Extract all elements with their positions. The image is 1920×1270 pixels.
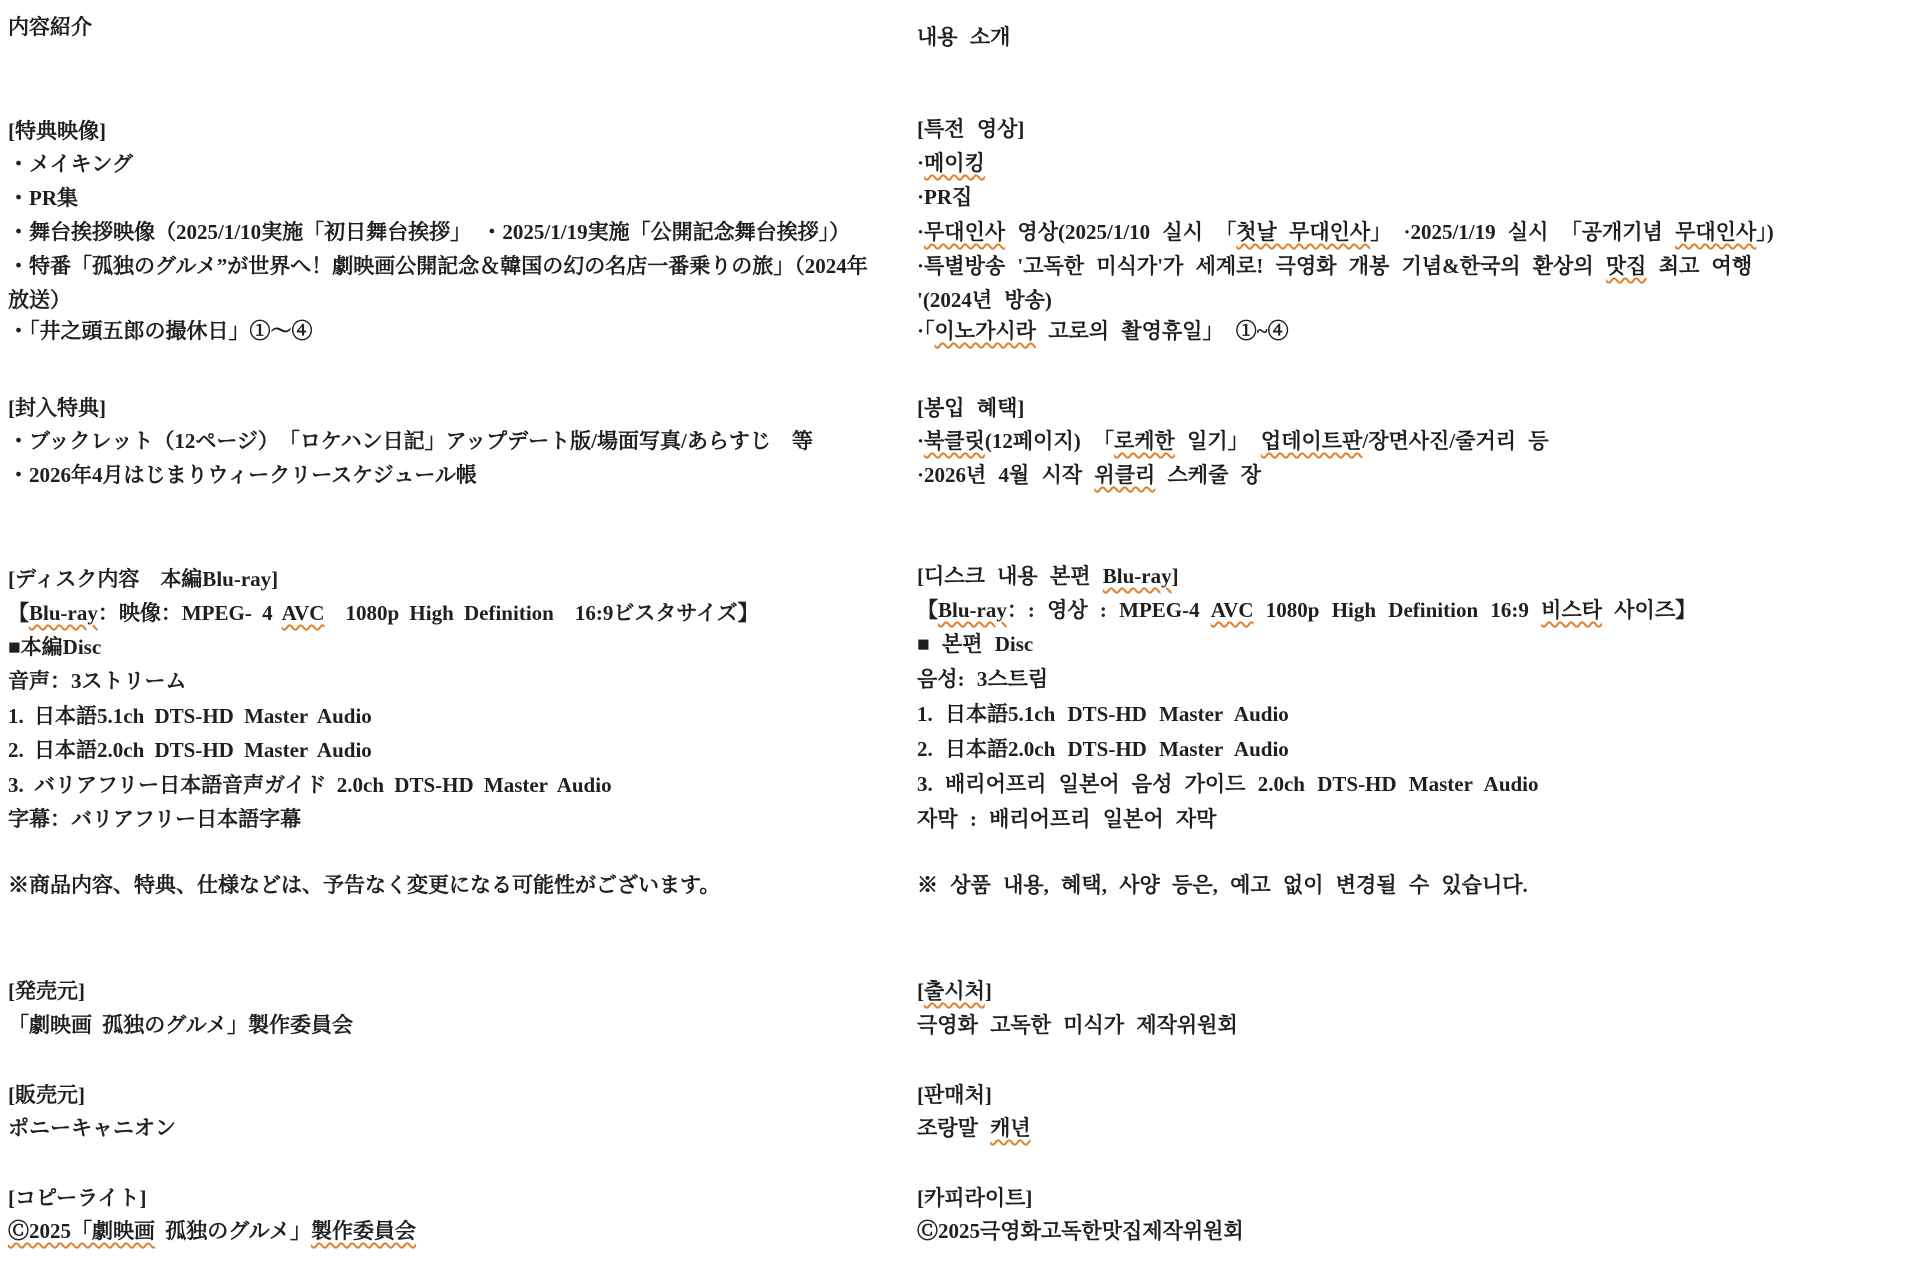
distributor-name-ko: 조랑말 캐년 bbox=[917, 1115, 1031, 1141]
spellcheck-flagged-text: 업데이트판 bbox=[1261, 429, 1362, 453]
text-segment: ] bbox=[985, 979, 992, 1003]
disclaimer-ko: ※ 상품 내용, 혜택, 사양 등은, 예고 없이 변경될 수 있습니다. bbox=[917, 872, 1528, 898]
text-segment: [発売元] bbox=[8, 979, 85, 1003]
text-segment: 【 bbox=[917, 598, 938, 622]
section-header-distributor-ja: [販売元] bbox=[8, 1082, 85, 1108]
spellcheck-flagged-text: 북클릿 bbox=[924, 429, 985, 453]
spellcheck-flagged-text: Blu-ray bbox=[1103, 564, 1172, 588]
section-header-enclosure-ja: [封入特典] bbox=[8, 395, 106, 421]
text-segment: 1080p High Definition 16:9ビスタサイズ】 bbox=[324, 601, 758, 625]
text-segment: · bbox=[917, 151, 924, 175]
bonus-item-stage-greeting-ja: ・舞台挨拶映像（2025/1/10実施「初日舞台挨拶」 ・2025/1/19実施… bbox=[8, 219, 850, 245]
bonus-item-special-program-ja-wrap: 放送） bbox=[8, 287, 71, 313]
text-segment: ・メイキング bbox=[8, 152, 133, 176]
text-segment: ・ブックレット（12ページ） 「ロケハン日記」アップデート版/場面写真/あらすじ… bbox=[8, 429, 813, 453]
text-segment: [디스크 내용 본편 bbox=[917, 564, 1103, 588]
text-segment: 음성: 3스트림 bbox=[917, 667, 1048, 691]
text-segment: ：: 영상 : MPEG-4 bbox=[1007, 598, 1211, 622]
text-segment: 내용 소개 bbox=[917, 25, 1010, 49]
bonus-item-goro-dayoff-ja: ・「井之頭五郎の撮休日」①～④ bbox=[8, 318, 313, 344]
spellcheck-flagged-text: 첫날 무대인사 bbox=[1236, 220, 1370, 244]
text-segment: ·2026년 4월 시작 bbox=[917, 463, 1094, 487]
column-korean: 내용 소개[특전 영상]·메이킹·PR집·무대인사 영상(2025/1/10 실… bbox=[917, 0, 1912, 1270]
text-segment: [販売元] bbox=[8, 1083, 85, 1107]
section-header-publisher-ja: [発売元] bbox=[8, 978, 85, 1004]
bonus-item-goro-dayoff-ko: ·「이노가시라 고로의 촬영휴일」 ①~④ bbox=[917, 318, 1289, 344]
spellcheck-flagged-text: 출시처 bbox=[924, 979, 985, 1003]
spellcheck-flagged-text: 위클리 bbox=[1094, 463, 1155, 487]
section-header-disc-ja: [ディスク内容 本編Blu-ray] bbox=[8, 566, 278, 592]
text-segment: 孤独のグルメ」 bbox=[155, 1219, 311, 1243]
spellcheck-flagged-text: 製作委員会 bbox=[311, 1219, 416, 1243]
text-segment: 2. 日本語2.0ch DTS-HD Master Audio bbox=[8, 738, 372, 762]
text-segment: ※ 상품 내용, 혜택, 사양 등은, 예고 없이 변경될 수 있습니다. bbox=[917, 873, 1528, 897]
document-page: 内容紹介[特典映像]・メイキング・PR集・舞台挨拶映像（2025/1/10実施「… bbox=[0, 0, 1920, 1270]
audio-track-3-ja: 3. バリアフリー日本語音声ガイド 2.0ch DTS-HD Master Au… bbox=[8, 772, 612, 798]
publisher-name-ja: 「劇映画 孤独のグルメ」製作委員会 bbox=[8, 1012, 353, 1038]
enclosure-item-booklet-ja: ・ブックレット（12ページ） 「ロケハン日記」アップデート版/場面写真/あらすじ… bbox=[8, 428, 813, 454]
text-segment: ・PR集 bbox=[8, 186, 78, 210]
bonus-item-special-program-ko: ·특별방송 '고독한 미식가'가 세계로! 극영화 개봉 기념&한국의 환상의 … bbox=[917, 253, 1752, 279]
text-segment: 1080p High Definition 16:9 bbox=[1254, 598, 1542, 622]
text-segment: 스케줄 장 bbox=[1155, 463, 1261, 487]
section-header-bonus-video-ja: [特典映像] bbox=[8, 118, 106, 144]
text-segment: [카피라이트] bbox=[917, 1186, 1032, 1210]
section-header-copyright-ja: [コピーライト] bbox=[8, 1185, 147, 1211]
bonus-item-special-program-ja: ・特番「孤独のグルメ”が世界へ！劇映画公開記念＆韓国の幻の名店一番乗りの旅」（2… bbox=[8, 253, 868, 279]
section-header-bonus-video-ko: [특전 영상] bbox=[917, 116, 1024, 142]
text-segment: ポニーキャニオン bbox=[8, 1116, 176, 1140]
disc-main-ja: ■本編Disc bbox=[8, 634, 101, 660]
enclosure-item-schedule-ko: ·2026년 4월 시작 위클리 스케줄 장 bbox=[917, 462, 1261, 488]
text-segment: ：映像：MPEG- 4 bbox=[98, 601, 282, 625]
section-header-distributor-ko: [판매처] bbox=[917, 1082, 992, 1108]
text-segment: ■ 본편 Disc bbox=[917, 632, 1033, 656]
text-segment: 内容紹介 bbox=[8, 15, 92, 39]
section-header-copyright-ko: [카피라이트] bbox=[917, 1185, 1032, 1211]
spellcheck-flagged-text: Blu-ray bbox=[29, 601, 98, 625]
text-segment: [봉입 혜택] bbox=[917, 396, 1024, 420]
section-header-enclosure-ko: [봉입 혜택] bbox=[917, 395, 1024, 421]
text-segment: ·특별방송 '고독한 미식가'가 세계로! 극영화 개봉 기념&한국의 환상의 bbox=[917, 254, 1606, 278]
disc-spec-ko: 【Blu-ray：: 영상 : MPEG-4 AVC 1080p High De… bbox=[917, 597, 1696, 623]
distributor-name-ja: ポニーキャニオン bbox=[8, 1115, 176, 1141]
disc-spec-ja: 【Blu-ray：映像：MPEG- 4 AVC 1080p High Defin… bbox=[8, 600, 759, 626]
text-segment: ■本編Disc bbox=[8, 635, 101, 659]
text-segment: 音声：3ストリーム bbox=[8, 669, 187, 693]
spellcheck-flagged-text: 무대인사 bbox=[924, 220, 1005, 244]
audio-track-1-ja: 1. 日本語5.1ch DTS-HD Master Audio bbox=[8, 703, 372, 729]
disc-main-ko: ■ 본편 Disc bbox=[917, 631, 1033, 657]
page-title-ko: 내용 소개 bbox=[917, 24, 1010, 50]
spellcheck-flagged-text: AVC bbox=[1211, 598, 1254, 622]
spellcheck-flagged-text: Blu-ray bbox=[938, 598, 1007, 622]
bonus-item-pr-ja: ・PR集 bbox=[8, 185, 78, 211]
text-segment: 1. 日本語5.1ch DTS-HD Master Audio bbox=[8, 704, 372, 728]
spellcheck-flagged-text: Ⓒ2025「劇映画 bbox=[8, 1219, 155, 1243]
audio-track-3-ko: 3. 배리어프리 일본어 음성 가이드 2.0ch DTS-HD Master … bbox=[917, 771, 1539, 797]
audio-track-1-ko: 1. 日本語5.1ch DTS-HD Master Audio bbox=[917, 701, 1289, 727]
text-segment: ·PR집 bbox=[917, 185, 972, 209]
text-segment: 최고 여행 bbox=[1646, 254, 1752, 278]
text-segment: Ⓒ2025극영화고독한맛집제작위원회 bbox=[917, 1219, 1244, 1243]
text-segment: 字幕：バリアフリー日本語字幕 bbox=[8, 807, 301, 831]
text-segment: /장면사진/줄거리 등 bbox=[1362, 429, 1548, 453]
text-segment: ・舞台挨拶映像（2025/1/10実施「初日舞台挨拶」 ・2025/1/19実施… bbox=[8, 220, 850, 244]
spellcheck-flagged-text: 캐년 bbox=[990, 1116, 1031, 1140]
spellcheck-flagged-text: 맛집 bbox=[1606, 254, 1647, 278]
spellcheck-flagged-text: AVC bbox=[282, 601, 325, 625]
text-segment: 3. 배리어프리 일본어 음성 가이드 2.0ch DTS-HD Master … bbox=[917, 772, 1539, 796]
bonus-item-making-ko: ·메이킹 bbox=[917, 150, 985, 176]
subtitles-ja: 字幕：バリアフリー日本語字幕 bbox=[8, 806, 301, 832]
text-segment: ・2026年4月はじまりウィークリースケジュール帳 bbox=[8, 463, 477, 487]
text-segment: [コピーライト] bbox=[8, 1186, 147, 1210]
section-header-publisher-ko: [출시처] bbox=[917, 978, 992, 1004]
spellcheck-flagged-text: 이노가시라 bbox=[935, 319, 1036, 343]
text-segment: · bbox=[917, 220, 924, 244]
text-segment: ・「井之頭五郎の撮休日」①～④ bbox=[8, 319, 313, 343]
text-segment: ・特番「孤独のグルメ”が世界へ！劇映画公開記念＆韓国の幻の名店一番乗りの旅」（2… bbox=[8, 254, 868, 278]
text-segment: 放送） bbox=[8, 288, 71, 312]
spellcheck-flagged-text: 메이킹 bbox=[924, 151, 985, 175]
text-segment: 영상(2025/1/10 실시 「 bbox=[1005, 220, 1236, 244]
bonus-item-pr-ko: ·PR집 bbox=[917, 184, 972, 210]
enclosure-item-schedule-ja: ・2026年4月はじまりウィークリースケジュール帳 bbox=[8, 462, 477, 488]
text-segment: [판매처] bbox=[917, 1083, 992, 1107]
text-segment: [ bbox=[917, 979, 924, 1003]
text-segment: 」) bbox=[1756, 220, 1774, 244]
bonus-item-stage-greeting-ko: ·무대인사 영상(2025/1/10 실시 「첫날 무대인사」 ·2025/1/… bbox=[917, 219, 1774, 245]
text-segment: 3. バリアフリー日本語音声ガイド 2.0ch DTS-HD Master Au… bbox=[8, 773, 612, 797]
section-header-disc-ko: [디스크 내용 본편 Blu-ray] bbox=[917, 563, 1179, 589]
bonus-item-special-program-ko-wrap: '(2024년 방송) bbox=[917, 287, 1052, 313]
copyright-text-ko: Ⓒ2025극영화고독한맛집제작위원회 bbox=[917, 1218, 1244, 1244]
bonus-item-making-ja: ・メイキング bbox=[8, 151, 133, 177]
publisher-name-ko: 극영화 고독한 미식가 제작위원회 bbox=[917, 1012, 1238, 1038]
disclaimer-ja: ※商品内容、特典、仕様などは、予告なく変更になる可能性がございます。 bbox=[8, 872, 720, 898]
text-segment: 」 ·2025/1/19 실시 「공개기념 bbox=[1370, 220, 1675, 244]
text-segment: ] bbox=[1172, 564, 1179, 588]
text-segment: 「劇映画 孤独のグルメ」製作委員会 bbox=[8, 1013, 353, 1037]
page-title-ja: 内容紹介 bbox=[8, 14, 92, 40]
text-segment: 사이즈】 bbox=[1602, 598, 1696, 622]
audio-track-2-ko: 2. 日本語2.0ch DTS-HD Master Audio bbox=[917, 736, 1289, 762]
audio-streams-ko: 음성: 3스트림 bbox=[917, 666, 1048, 692]
text-segment: 극영화 고독한 미식가 제작위원회 bbox=[917, 1013, 1238, 1037]
audio-track-2-ja: 2. 日本語2.0ch DTS-HD Master Audio bbox=[8, 737, 372, 763]
spellcheck-flagged-text: 비스타 bbox=[1541, 598, 1602, 622]
subtitles-ko: 자막 : 배리어프리 일본어 자막 bbox=[917, 806, 1216, 832]
text-segment: [特典映像] bbox=[8, 119, 106, 143]
text-segment: 1. 日本語5.1ch DTS-HD Master Audio bbox=[917, 702, 1289, 726]
spellcheck-flagged-text: 무대인사 bbox=[1675, 220, 1756, 244]
text-segment: 【 bbox=[8, 601, 29, 625]
text-segment: 일기」 bbox=[1175, 429, 1261, 453]
text-segment: ※商品内容、特典、仕様などは、予告なく変更になる可能性がございます。 bbox=[8, 873, 720, 897]
text-segment: [특전 영상] bbox=[917, 117, 1024, 141]
text-segment: 자막 : 배리어프리 일본어 자막 bbox=[917, 807, 1216, 831]
text-segment: [封入特典] bbox=[8, 396, 106, 420]
text-segment: [ディスク内容 本編Blu-ray] bbox=[8, 567, 278, 591]
spellcheck-flagged-text: 로케한 bbox=[1114, 429, 1175, 453]
text-segment: · bbox=[917, 429, 924, 453]
text-segment: 2. 日本語2.0ch DTS-HD Master Audio bbox=[917, 737, 1289, 761]
text-segment: '(2024년 방송) bbox=[917, 288, 1052, 312]
text-segment: 조랑말 bbox=[917, 1116, 990, 1140]
text-segment: (12페이지) 「 bbox=[985, 429, 1114, 453]
enclosure-item-booklet-ko: ·북클릿(12페이지) 「로케한 일기」 업데이트판/장면사진/줄거리 등 bbox=[917, 428, 1549, 454]
copyright-text-ja: Ⓒ2025「劇映画 孤独のグルメ」製作委員会 bbox=[8, 1218, 416, 1244]
text-segment: ·「 bbox=[917, 319, 935, 343]
column-japanese: 内容紹介[特典映像]・メイキング・PR集・舞台挨拶映像（2025/1/10実施「… bbox=[8, 0, 898, 1270]
audio-streams-ja: 音声：3ストリーム bbox=[8, 668, 187, 694]
text-segment: 고로의 촬영휴일」 ①~④ bbox=[1036, 319, 1289, 343]
